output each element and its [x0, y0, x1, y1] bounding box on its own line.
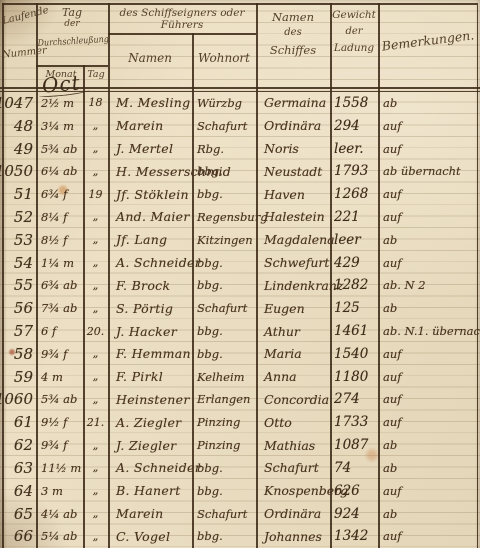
header-ship-line1: Namen — [256, 11, 330, 24]
header-passage-line1: Tag — [36, 7, 108, 19]
remark: auf — [378, 137, 480, 160]
ship-name: Eugen — [256, 297, 330, 320]
owner-residence: bbg. — [192, 320, 256, 343]
remark: auf — [378, 411, 480, 434]
table-top-rule — [2, 3, 477, 5]
passage-day: 18 — [83, 92, 108, 115]
passage-day: „ — [83, 502, 108, 525]
running-number: 56 — [2, 297, 36, 320]
header-weight-line1: Gewicht — [330, 10, 378, 22]
passage-day: „ — [83, 114, 108, 137]
remark: ab. N.1. übernacht — [378, 320, 480, 343]
ship-name: Haven — [256, 183, 330, 206]
owner-residence: bbg. — [192, 457, 256, 480]
passage-time: 8½ f — [36, 228, 83, 251]
remark: ab — [378, 502, 480, 525]
remark: auf — [378, 114, 480, 137]
passage-day: 19 — [83, 183, 108, 206]
owner-name: Heinstener — [108, 388, 192, 411]
header-ship-line3: Schiffes — [256, 44, 330, 57]
cargo-weight: 294 — [330, 114, 378, 137]
passage-time: 1¼ m — [36, 251, 83, 274]
ship-name: Noris — [256, 137, 330, 160]
cargo-weight: 1540 — [330, 342, 378, 365]
ledger-rows: 10472½ m18M. MeslingWürzbgGermaina1558ab… — [2, 92, 477, 548]
owner-name: F. Hemman — [108, 342, 192, 365]
cargo-weight: 221 — [330, 206, 378, 229]
ledger-page: Laufende Nummer Tag der Durchschleußung … — [0, 0, 480, 548]
cargo-weight: 626 — [330, 479, 378, 502]
remark: ab — [378, 297, 480, 320]
owner-residence: Würzbg — [192, 92, 256, 115]
running-number: 61 — [2, 411, 36, 434]
cargo-weight: 924 — [330, 502, 378, 525]
owner-residence: bbg. — [192, 274, 256, 297]
running-number: 1060 — [2, 388, 36, 411]
header-passage-line2: der — [36, 20, 108, 30]
owner-name: A. Ziegler — [108, 411, 192, 434]
remark: ab übernacht — [378, 160, 480, 183]
cargo-weight: 74 — [330, 457, 378, 480]
header-passage-line3: Durchschleußung — [37, 36, 106, 50]
owner-name: Marein — [108, 502, 192, 525]
running-number: 65 — [2, 502, 36, 525]
running-number: 62 — [2, 434, 36, 457]
ship-name: Ordinära — [256, 502, 330, 525]
header-owner-line2: Führers — [108, 20, 256, 32]
owner-name: S. Pörtig — [108, 297, 192, 320]
passage-day: „ — [83, 228, 108, 251]
passage-time: 3¼ m — [36, 114, 83, 137]
header-ship-line2: des — [256, 27, 330, 38]
passage-day: „ — [83, 274, 108, 297]
ship-name: Athur — [256, 320, 330, 343]
owner-residence: bbg. — [192, 479, 256, 502]
ship-name: Johannes — [256, 525, 330, 548]
owner-name: H. Messerschmid — [108, 160, 192, 183]
passage-day: „ — [83, 297, 108, 320]
ship-name: Schafurt — [256, 457, 330, 480]
running-number: 58 — [2, 342, 36, 365]
owner-residence: Pinzing — [192, 411, 256, 434]
ship-name: Halestein — [256, 206, 330, 229]
remark: auf — [378, 365, 480, 388]
passage-time: 4¼ ab — [36, 502, 83, 525]
header-sub-day: Tag — [84, 70, 108, 80]
remark: auf — [378, 206, 480, 229]
cargo-weight: 1268 — [330, 183, 378, 206]
ship-name: Maria — [256, 342, 330, 365]
owner-residence: bbg. — [192, 525, 256, 548]
remark: ab — [378, 92, 480, 115]
remark: auf — [378, 388, 480, 411]
owner-name: Jf. Lang — [108, 228, 192, 251]
header-weight-line3: Ladung — [330, 43, 378, 55]
header-running-number-line2: Nummer — [2, 46, 37, 60]
passage-day: „ — [83, 479, 108, 502]
remark: auf — [378, 183, 480, 206]
passage-day: „ — [83, 251, 108, 274]
owner-name: F. Pirkl — [108, 365, 192, 388]
remark: auf — [378, 525, 480, 548]
running-number: 1050 — [2, 160, 36, 183]
passage-day: 20. — [83, 320, 108, 343]
cargo-weight: 1733 — [330, 411, 378, 434]
passage-day: „ — [83, 388, 108, 411]
owner-residence: Kitzingen — [192, 228, 256, 251]
remark: auf — [378, 251, 480, 274]
owner-residence: Regensburg — [192, 206, 256, 229]
running-number: 59 — [2, 365, 36, 388]
owner-name: Jf. Stöklein — [108, 183, 192, 206]
owner-name: J. Mertel — [108, 137, 192, 160]
passage-day: „ — [83, 342, 108, 365]
passage-time: 9¾ f — [36, 434, 83, 457]
remark: ab — [378, 228, 480, 251]
header-sub-owner-residence: Wohnort — [192, 52, 256, 65]
cargo-weight: 1461 — [330, 320, 378, 343]
cargo-weight: 1342 — [330, 525, 378, 548]
running-number: 63 — [2, 457, 36, 480]
owner-residence: Rbg. — [192, 137, 256, 160]
owner-residence: Kelheim — [192, 365, 256, 388]
owner-name: M. Mesling — [108, 92, 192, 115]
ship-name: Anna — [256, 365, 330, 388]
ship-name: Ordinära — [256, 114, 330, 137]
ship-name: Germaina — [256, 92, 330, 115]
owner-name: F. Brock — [108, 274, 192, 297]
cargo-weight: 125 — [330, 297, 378, 320]
running-number: 53 — [2, 228, 36, 251]
running-number: 64 — [2, 479, 36, 502]
cargo-weight: 1793 — [330, 160, 378, 183]
owner-residence: bbg. — [192, 342, 256, 365]
remark: auf — [378, 342, 480, 365]
passage-time: 7¾ ab — [36, 297, 83, 320]
remark: auf — [378, 479, 480, 502]
header-sub-owner-name: Namen — [108, 52, 192, 65]
passage-time: 5¾ ab — [36, 137, 83, 160]
running-number: 57 — [2, 320, 36, 343]
remark: ab — [378, 457, 480, 480]
passage-day: „ — [83, 160, 108, 183]
owner-name: J. Hacker — [108, 320, 192, 343]
owner-name: Marein — [108, 114, 192, 137]
ship-name: Schwefurt — [256, 251, 330, 274]
ship-name: Mathias — [256, 434, 330, 457]
ship-name: Knospenberg — [256, 479, 330, 502]
passage-time: 9½ f — [36, 411, 83, 434]
owner-residence: bbg. — [192, 251, 256, 274]
running-number: 54 — [2, 251, 36, 274]
passage-day: „ — [83, 137, 108, 160]
header-weight-line2: der — [330, 26, 378, 37]
owner-residence: Schafurt — [192, 502, 256, 525]
running-number: 49 — [2, 137, 36, 160]
running-number: 52 — [2, 206, 36, 229]
passage-time: 6 f — [36, 320, 83, 343]
passage-time: 3 m — [36, 479, 83, 502]
cargo-weight: 429 — [330, 251, 378, 274]
owner-residence: Schafurt — [192, 297, 256, 320]
remark: ab. N 2 — [378, 274, 480, 297]
owner-name: C. Vogel — [108, 525, 192, 548]
header-owner-line1: des Schiffseigners oder — [108, 8, 256, 20]
owner-residence: Pinzing — [192, 434, 256, 457]
passage-time: 6¼ ab — [36, 160, 83, 183]
cargo-weight: 1180 — [330, 365, 378, 388]
passage-time: 9¾ f — [36, 342, 83, 365]
passage-day: 21. — [83, 411, 108, 434]
header-running-number-line1: Laufende — [1, 8, 37, 27]
owner-name: J. Ziegler — [108, 434, 192, 457]
passage-time: 11½ m — [36, 457, 83, 480]
passage-time: 4 m — [36, 365, 83, 388]
owner-residence: Erlangen — [192, 388, 256, 411]
passage-day: „ — [83, 434, 108, 457]
ship-name: Concordia — [256, 388, 330, 411]
passage-day: „ — [83, 206, 108, 229]
passage-header-split-rule — [36, 65, 108, 67]
passage-day: „ — [83, 525, 108, 548]
passage-time: 5¾ ab — [36, 388, 83, 411]
passage-time: 6¾ f — [36, 183, 83, 206]
header-remarks: Bemerkungen. — [378, 28, 479, 54]
cargo-weight: 1558 — [330, 92, 378, 115]
remark: ab — [378, 434, 480, 457]
owner-name: B. Hanert — [108, 479, 192, 502]
passage-day: „ — [83, 457, 108, 480]
ship-name: Neustadt — [256, 160, 330, 183]
running-number: 51 — [2, 183, 36, 206]
owner-name: And. Maier — [108, 206, 192, 229]
ship-name: Otto — [256, 411, 330, 434]
running-number: 48 — [2, 114, 36, 137]
passage-day: „ — [83, 365, 108, 388]
ship-name: Magdalena — [256, 228, 330, 251]
running-number: 1047 — [2, 92, 36, 115]
owner-residence: bbg. — [192, 183, 256, 206]
running-number: 66 — [2, 525, 36, 548]
passage-time: 6¾ ab — [36, 274, 83, 297]
cargo-weight: leer. — [330, 137, 378, 160]
cargo-weight: leer — [330, 228, 378, 251]
owner-name: A. Schneider — [108, 251, 192, 274]
cargo-weight: 1087 — [330, 434, 378, 457]
passage-time: 8¼ f — [36, 206, 83, 229]
passage-time: 5¼ ab — [36, 525, 83, 548]
owner-residence: bbg. — [192, 160, 256, 183]
owner-header-split-rule — [108, 33, 256, 35]
month-label: Oct — [41, 70, 82, 97]
running-number: 55 — [2, 274, 36, 297]
owner-residence: Schafurt — [192, 114, 256, 137]
ship-name: Lindenkranz — [256, 274, 330, 297]
cargo-weight: 1282 — [330, 274, 378, 297]
cargo-weight: 274 — [330, 388, 378, 411]
owner-name: A. Schneider — [108, 457, 192, 480]
